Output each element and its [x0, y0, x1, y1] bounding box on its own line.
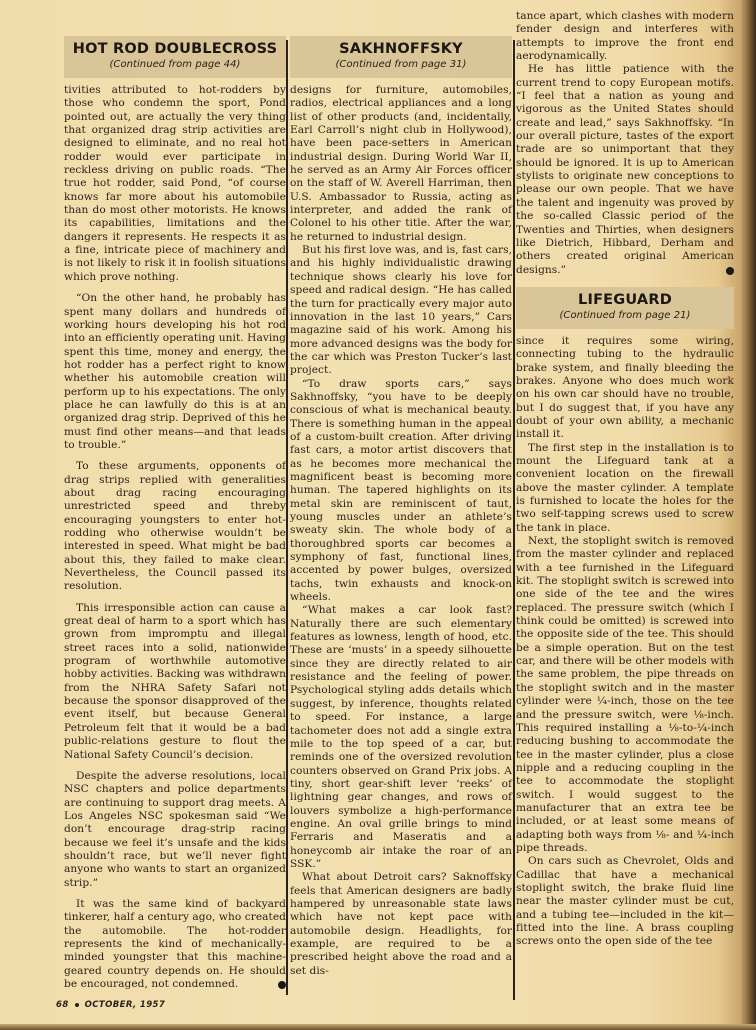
- paragraph-text: It was the same kind of backyard tinkere…: [64, 898, 286, 990]
- magazine-page: HOT ROD DOUBLECROSS (Continued from page…: [0, 0, 756, 1030]
- paragraph: This irresponsible action can cause a gr…: [64, 602, 286, 762]
- bullet-icon: [75, 1003, 79, 1007]
- paragraph: “To draw sports cars,” says Sakhnoffsky,…: [290, 378, 512, 605]
- paragraph: tivities attributed to hot-rodders by th…: [64, 84, 286, 284]
- paragraph: Despite the adverse resolutions, local N…: [64, 770, 286, 890]
- article-title: SAKHNOFFSKY: [292, 41, 510, 58]
- page-bottom-edge: [0, 1024, 756, 1030]
- paragraph: But his first love was, and is, fast car…: [290, 244, 512, 377]
- paragraph: The first step in the installation is to…: [516, 442, 734, 535]
- article-title: LIFEGUARD: [518, 292, 732, 309]
- paragraph-final: It was the same kind of backyard tinkere…: [64, 898, 286, 991]
- column-rule: [286, 40, 288, 995]
- paragraph: tance apart, which clashes with modern f…: [516, 10, 734, 63]
- paragraph: “What makes a car look fast? Naturally t…: [290, 604, 512, 871]
- page-number: 68: [56, 1000, 69, 1010]
- end-of-article-bullet-icon: [726, 267, 734, 275]
- article-title: HOT ROD DOUBLECROSS: [66, 41, 284, 58]
- article-header-lifeguard: LIFEGUARD (Continued from page 21): [516, 287, 734, 329]
- paragraph: What about Detroit cars? Saknoffsky feel…: [290, 871, 512, 978]
- page-footer: 68OCTOBER, 1957: [56, 1000, 165, 1010]
- column-3: tance apart, which clashes with modern f…: [516, 10, 734, 949]
- paragraph: since it requires some wiring, connectin…: [516, 335, 734, 442]
- column-1: HOT ROD DOUBLECROSS (Continued from page…: [64, 36, 286, 991]
- paragraph: Next, the stoplight switch is removed fr…: [516, 535, 734, 855]
- paragraph-text: He has little patience with the current …: [516, 63, 734, 275]
- book-spine-edge: [744, 0, 756, 1030]
- paragraph: “On the other hand, he probably has spen…: [64, 292, 286, 452]
- issue-date: OCTOBER, 1957: [85, 1000, 166, 1010]
- paragraph-final: He has little patience with the current …: [516, 63, 734, 277]
- column-2: SAKHNOFFSKY (Continued from page 31) des…: [290, 36, 512, 978]
- continued-note: (Continued from page 44): [66, 58, 284, 72]
- continued-note: (Continued from page 31): [292, 58, 510, 72]
- column-rule: [513, 40, 515, 1000]
- paragraph: To these arguments, opponents of drag st…: [64, 460, 286, 593]
- paragraph: designs for furniture, automobiles, radi…: [290, 84, 512, 244]
- end-of-article-bullet-icon: [278, 981, 286, 989]
- continued-note: (Continued from page 21): [518, 309, 732, 323]
- paragraph: On cars such as Chevrolet, Olds and Cadi…: [516, 855, 734, 948]
- article-header-hot-rod: HOT ROD DOUBLECROSS (Continued from page…: [64, 36, 286, 78]
- article-header-sakhnoffsky: SAKHNOFFSKY (Continued from page 31): [290, 36, 512, 78]
